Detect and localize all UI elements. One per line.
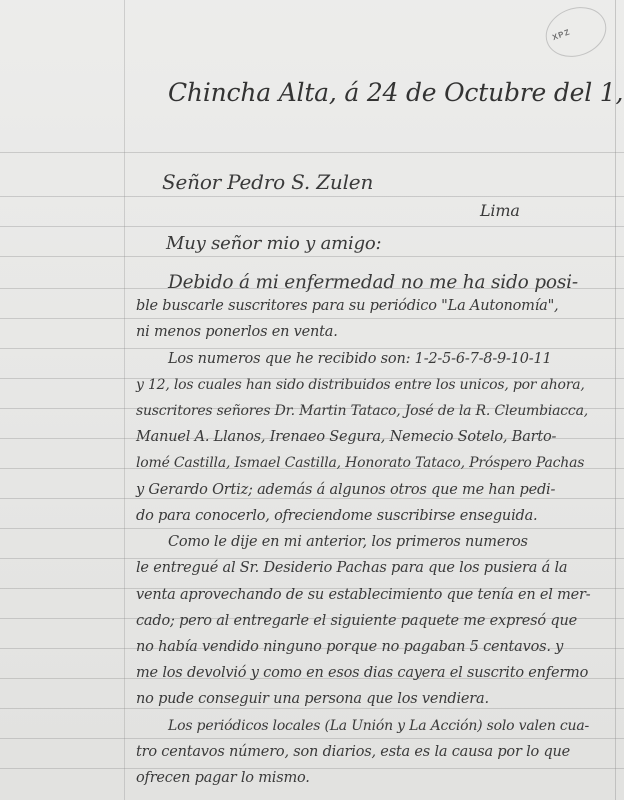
body-line: Como le dije en mi anterior, los primero… [136,534,528,550]
body-line: Debido á mi enfermedad no me ha sido pos… [136,272,578,293]
body-line: Manuel A. Llanos, Irenaeo Segura, Nemeci… [136,429,556,445]
body-line: ble buscarle suscritores para su periódi… [136,298,558,314]
ruled-line [0,152,624,153]
body-line: do para conocerlo, ofreciendome suscribi… [136,508,537,524]
body-line: ni menos ponerlos en venta. [136,324,338,340]
ruled-line [0,196,624,197]
body-line: no pude conseguir una persona que los ve… [136,691,489,707]
body-line: cado; pero al entregarle el siguiente pa… [136,613,577,629]
body-line: me los devolvió y como en esos dias caye… [136,665,588,681]
ruled-line [0,498,624,499]
body-line: ofrecen pagar lo mismo. [136,770,310,786]
body-line: y Gerardo Ortiz; además á algunos otros … [136,482,555,498]
body-line: le entregué al Sr. Desiderio Pachas para… [136,560,567,576]
addressee: Señor Pedro S. Zulen [162,170,373,194]
ruled-line [0,226,624,227]
body-line: lomé Castilla, Ismael Castilla, Honorato… [136,455,584,471]
salutation: Muy señor mio y amigo: [166,233,381,254]
ruled-line [0,708,624,709]
ruled-line [0,256,624,257]
ruled-line [0,318,624,319]
body-line: suscritores señores Dr. Martin Tataco, J… [136,403,588,419]
body-line: Los numeros que he recibido son: 1-2-5-6… [136,351,552,367]
body-line: venta aprovechando de su establecimiento… [136,587,590,603]
ruled-line [0,528,624,529]
date-line: Chincha Alta, á 24 de Octubre del 1,915 [168,78,624,107]
body-line: tro centavos número, son diarios, esta e… [136,744,570,760]
paper-edge [615,0,616,800]
archive-stamp: XPZ [539,0,614,65]
ruled-line [0,768,624,769]
letter-page: XPZ Chincha Alta, á 24 de Octubre del 1,… [0,0,624,800]
ruled-line [0,348,624,349]
body-line: no había vendido ninguno porque no pagab… [136,639,563,655]
ruled-line [0,558,624,559]
stamp-text: XPZ [551,27,572,42]
body-line: y 12, los cuales han sido distribuidos e… [136,377,585,393]
city: Lima [480,201,520,220]
ruled-line [0,738,624,739]
body-line: Los periódicos locales (La Unión y La Ac… [136,718,589,734]
margin-line [124,0,125,800]
